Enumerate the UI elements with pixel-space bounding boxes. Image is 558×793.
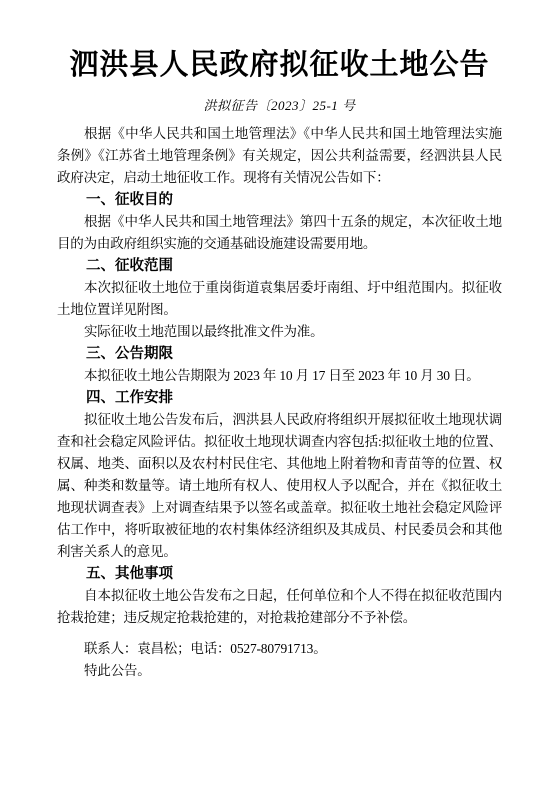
section-paragraph: 本拟征收土地公告期限为 2023 年 10 月 17 日至 2023 年 10 … xyxy=(57,365,502,387)
document-body: 根据《中华人民共和国土地管理法》《中华人民共和国土地管理法实施条例》《江苏省土地… xyxy=(57,123,502,682)
section-heading-period: 三、公告期限 xyxy=(57,343,502,365)
page-title: 泗洪县人民政府拟征收土地公告 xyxy=(57,46,502,84)
section-paragraph: 本次拟征收土地位于重岗街道袁集居委圩南组、圩中组范围内。拟征收土地位置详见附图。 xyxy=(57,277,502,321)
document-number: 洪拟征告〔2023〕25-1 号 xyxy=(57,97,502,114)
section-heading-purpose: 一、征收目的 xyxy=(57,189,502,211)
closing-line: 特此公告。 xyxy=(57,660,502,682)
section-heading-other-matters: 五、其他事项 xyxy=(57,563,502,585)
contact-line: 联系人：袁昌松；电话：0527-80791713。 xyxy=(57,638,502,660)
land-expropriation-notice-page: 泗洪县人民政府拟征收土地公告 洪拟征告〔2023〕25-1 号 根据《中华人民共… xyxy=(0,0,558,793)
section-heading-scope: 二、征收范围 xyxy=(57,255,502,277)
section-heading-arrangements: 四、工作安排 xyxy=(57,387,502,409)
section-paragraph: 实际征收土地范围以最终批准文件为准。 xyxy=(57,321,502,343)
section-paragraph: 根据《中华人民共和国土地管理法》第四十五条的规定，本次征收土地目的为由政府组织实… xyxy=(57,211,502,255)
section-paragraph: 自本拟征收土地公告发布之日起，任何单位和个人不得在拟征收范围内抢栽抢建；违反规定… xyxy=(57,585,502,629)
section-paragraph: 拟征收土地公告发布后，泗洪县人民政府将组织开展拟征收土地现状调查和社会稳定风险评… xyxy=(57,409,502,563)
intro-paragraph: 根据《中华人民共和国土地管理法》《中华人民共和国土地管理法实施条例》《江苏省土地… xyxy=(57,123,502,189)
